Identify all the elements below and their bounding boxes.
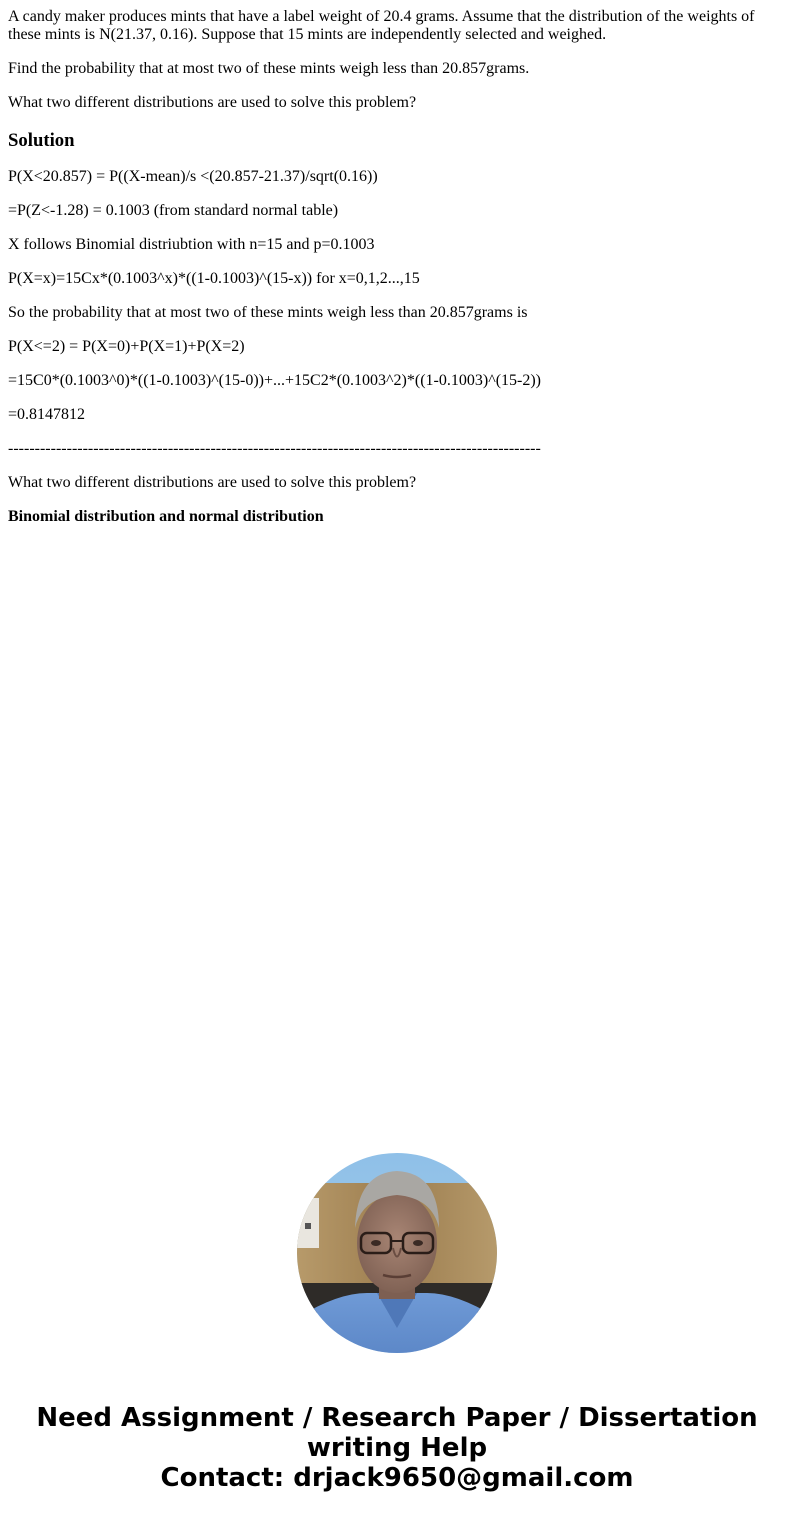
divider-line: ----------------------------------------… [8,440,786,458]
solution-line: =15C0*(0.1003^0)*((1-0.1003)^(15-0))+...… [8,372,786,390]
person-photo-icon [297,1153,497,1353]
question-paragraph: What two different distributions are use… [8,94,786,112]
solution-line: P(X<=2) = P(X=0)+P(X=1)+P(X=2) [8,338,786,356]
document-content: A candy maker produces mints that have a… [0,0,794,526]
followup-answer: Binomial distribution and normal distrib… [8,508,786,526]
footer-line: writing Help [0,1433,794,1463]
solution-line: =0.8147812 [8,406,786,424]
avatar [297,1153,497,1353]
solution-heading: Solution [8,130,786,152]
footer-line: Need Assignment / Research Paper / Disse… [0,1403,794,1433]
solution-line: =P(Z<-1.28) = 0.1003 (from standard norm… [8,202,786,220]
followup-question: What two different distributions are use… [8,474,786,492]
solution-line: P(X=x)=15Cx*(0.1003^x)*((1-0.1003)^(15-x… [8,270,786,288]
solution-line: P(X<20.857) = P((X-mean)/s <(20.857-21.3… [8,168,786,186]
question-paragraph: Find the probability that at most two of… [8,60,786,78]
question-paragraph: A candy maker produces mints that have a… [8,8,786,44]
solution-line: X follows Binomial distriubtion with n=1… [8,236,786,254]
contact-footer: Need Assignment / Research Paper / Disse… [0,1403,794,1493]
footer-contact: Contact: drjack9650@gmail.com [0,1463,794,1493]
solution-line: So the probability that at most two of t… [8,304,786,322]
